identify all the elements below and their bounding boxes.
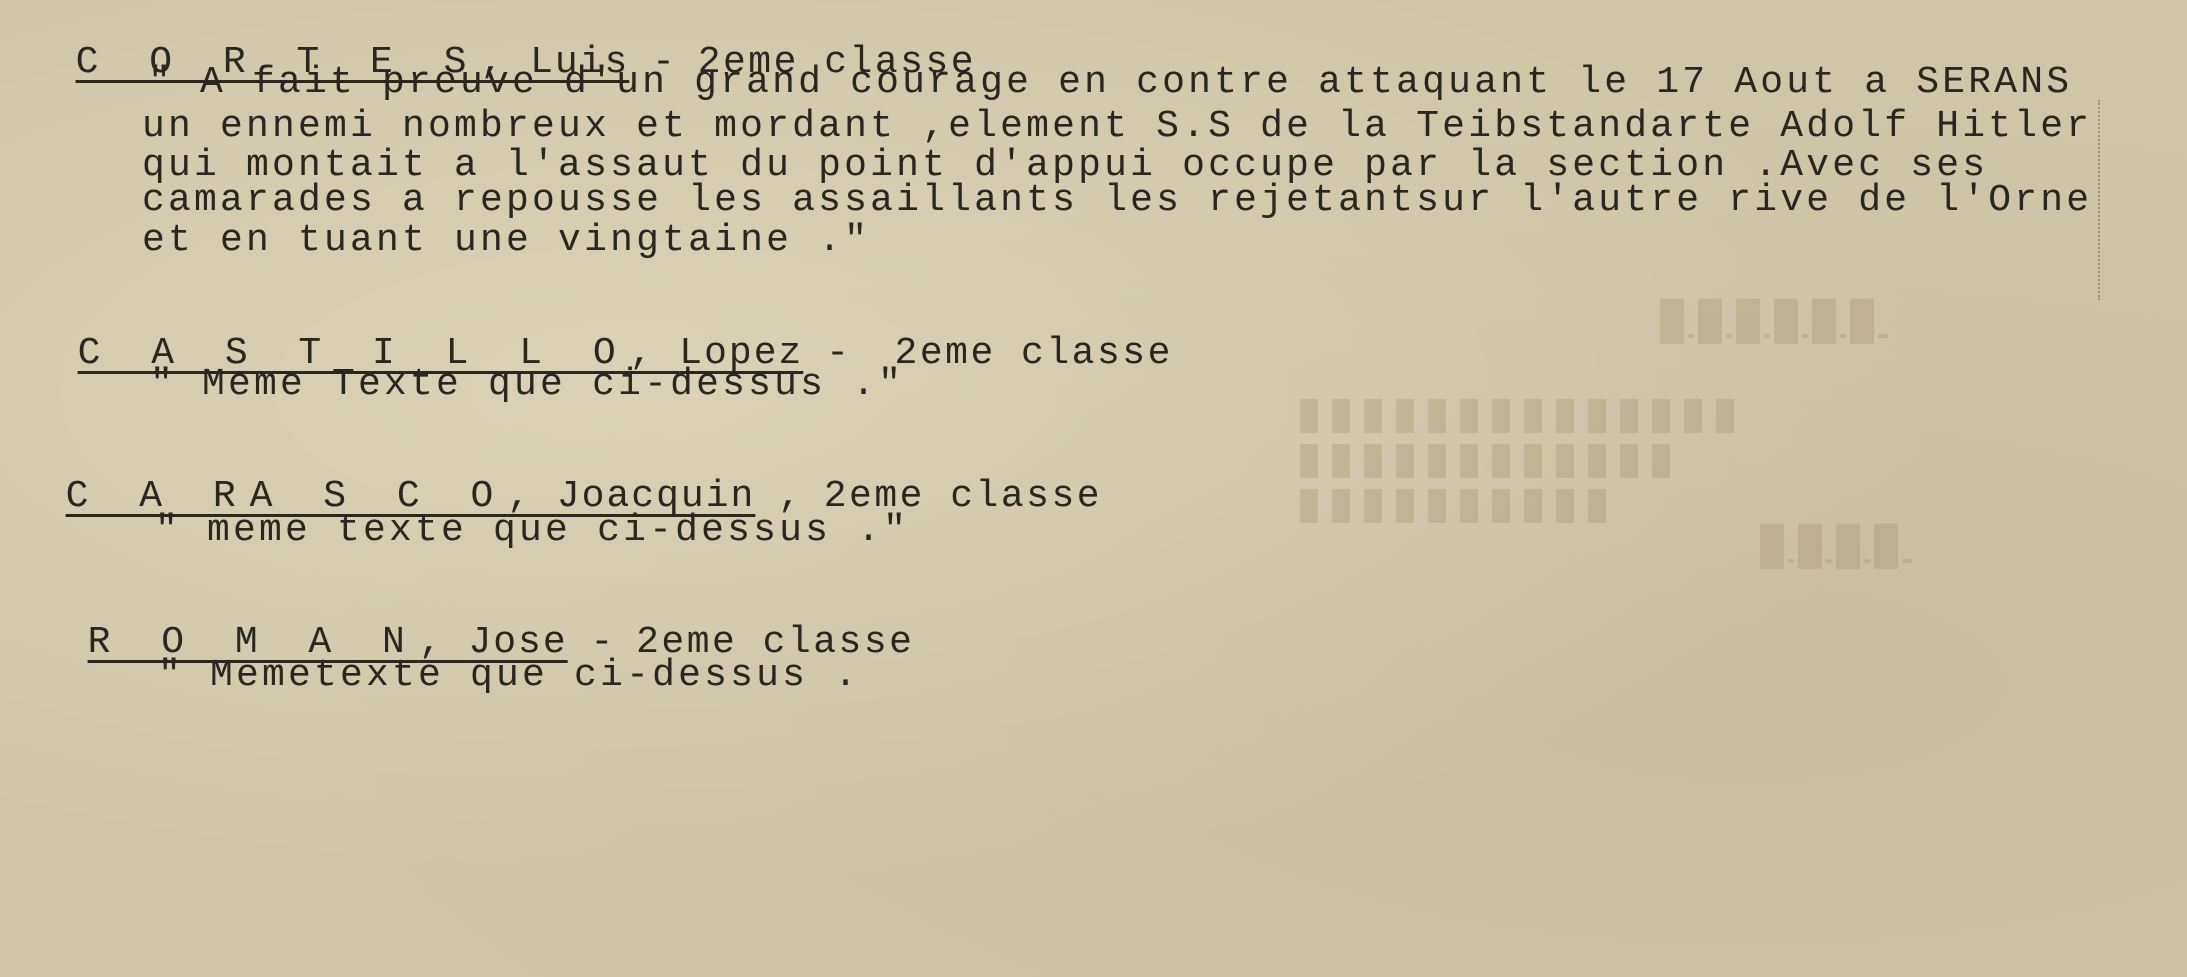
margin-mark [2098, 100, 2102, 300]
bleed-through-text: ██████████ [1300, 490, 1620, 524]
entry-header: C A RA S C O, Joacquin , 2eme classe [20, 440, 1102, 516]
citation-line: un ennemi nombreux et mordant ,element S… [142, 108, 2092, 146]
entry-header: R O M A N, Jose - 2eme classe [42, 586, 914, 662]
citation-line: " Memetexte que ci-dessus . [158, 657, 860, 695]
bleed-through-text: ████████████ [1300, 445, 1684, 479]
citation-line: " meme texte que ci-dessus ." [155, 512, 909, 550]
citation-line: et en tuant une vingtaine ." [142, 222, 870, 260]
entry-header: C A S T I L L O, Lopez - 2eme classe [32, 297, 1173, 373]
bleed-through-text: ██████████████ [1300, 400, 1748, 434]
citation-line: " Meme Texte que ci-dessus ." [150, 366, 904, 404]
bleed-through-text: ████ [1760, 525, 1912, 570]
citation-line: camarades a repousse les assaillants les… [142, 182, 2092, 220]
rank: 2eme classe [895, 332, 1173, 375]
bleed-through-text: ██████ [1660, 300, 1888, 345]
citation-line: " A fait preuve d'un grand courage en co… [148, 64, 2072, 102]
